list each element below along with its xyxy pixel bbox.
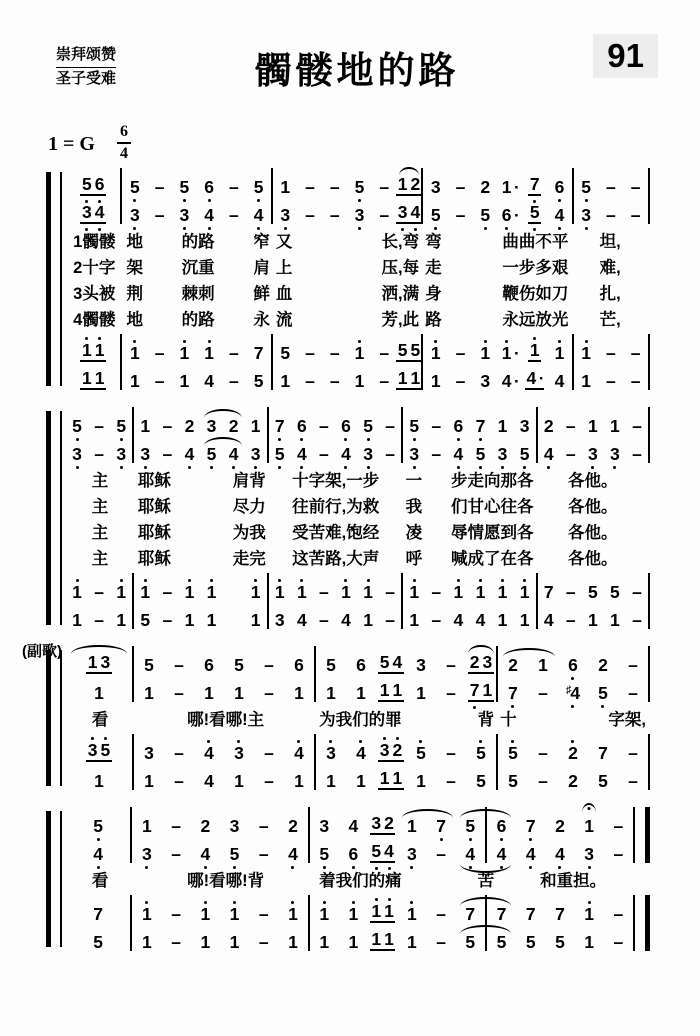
note-text: 7 [508,683,518,703]
measure: 1–11111–4411 [403,573,535,629]
beat-slot: 4· [498,373,523,391]
note-text: 5 [280,343,290,363]
note-group: 5 [507,745,520,763]
octave-dot-below [208,227,211,230]
note-group: – [629,207,642,225]
duration-dash: – [631,418,644,436]
note-group: – [318,584,331,602]
note: 1 [586,612,599,630]
duration-dash: – [378,373,391,391]
note-group: 6 [452,418,465,436]
beat-slot: 1 [406,773,436,791]
note: 1 [115,612,128,630]
lyric-text: 哪!看哪!主 [187,706,264,730]
duration-dash: – [631,446,644,464]
system-end-barline [648,573,650,629]
note-text: – [155,371,165,391]
note-text: 4 [393,652,403,672]
beat-slot: 1 [514,584,536,602]
note-group: 1 [347,934,360,952]
system-end-barline [648,734,650,790]
note-group: – [612,906,625,924]
note-text: 7 [476,416,486,436]
note: 1 [141,906,154,924]
note-group: 5 [475,773,488,791]
note: 5 [464,934,477,952]
note-text: 5 [520,444,530,464]
note-text: 3 [520,416,530,436]
beat-slot: 1 [224,773,254,791]
note-group: 7 [507,685,520,703]
beat-slot: 4 [194,745,224,763]
note-text: – [259,816,269,836]
note-text: – [385,444,395,464]
note: 3 [429,179,442,197]
duration-dash: – [257,846,270,864]
beat-slot: – [623,179,648,197]
note-text: 5 [319,844,329,864]
octave-dot-above [144,579,147,582]
bass-voice-row: 5551– [487,923,633,951]
note: 1 [355,773,368,791]
lyrics-measure: 和重担。 [498,867,648,891]
note-text: – [614,904,624,924]
beat-slot: 7 [516,818,545,836]
note: 3 [249,446,262,464]
note-group: – [384,418,397,436]
octave-dot-below [479,466,482,469]
note-text: 4 [555,205,565,225]
note-group: 2 [542,418,555,436]
note-group: 5 [353,179,366,197]
beat-slot: – [599,207,624,225]
measure: 7–55–4–11– [538,573,648,629]
note-group: 1 [583,906,596,924]
beat-slot: 56 [66,176,120,197]
note-group: 4 [347,818,360,836]
note: 1 [518,584,531,602]
note-group: – [161,418,174,436]
measure: 1–23213–4543 [134,407,266,463]
beat-slot: 5 [357,418,379,436]
beat-slot: – [147,345,172,363]
note: 1 [429,345,442,363]
note: 1 [128,373,141,391]
beat-slot: – [372,179,397,197]
octave-dot-below [76,438,79,441]
note-group: 4 [203,773,216,791]
note: 1 [287,906,300,924]
note-group: 5 [252,373,265,391]
note-text: 5 [116,416,126,436]
note-group: 1 [586,612,599,630]
note-group: 5 [609,584,622,602]
time-signature: 64 [117,124,131,162]
lyrics-measure: 哪!看哪!背 [136,867,315,891]
beat-slot: – [436,773,466,791]
lyric-text: 肩 [253,254,270,278]
note-text: 1 [207,582,217,602]
note-text: 1 [297,582,307,602]
beat-slot: 6 [194,657,224,675]
note-group: 1 [139,418,152,436]
beat-slot: 2 [558,773,588,791]
beat-slot: – [322,207,347,225]
duration-dash: – [537,773,550,791]
octave-dot-below [367,438,370,441]
note-group: 5 [362,418,375,436]
octave-dot-below [469,838,472,841]
note-group: – [627,773,640,791]
note-group: – [318,418,331,436]
note: 1 [452,584,465,602]
note: 5 [115,418,128,436]
note-group: 6 [340,418,353,436]
duration-dash: – [435,906,448,924]
note-group: 3 [273,612,286,630]
note-text: 1 [72,610,82,630]
sop-voice-row: 1–23–2 [132,807,307,835]
note-text: 1 [319,904,329,924]
beat-slot: 11 [376,770,406,791]
duration-dash: – [173,745,186,763]
octave-dot-below [97,866,100,869]
note: 4 [554,846,567,864]
duration-dash: – [170,906,183,924]
beat-slot: 7 [516,906,545,924]
note-group: 11 [370,903,395,924]
note: 1 [293,773,306,791]
note-group: 1 [233,773,246,791]
note-text: 6 [294,655,304,675]
beat-slot: – [88,418,110,436]
note-text: 3 [398,202,408,222]
measure: 1––5–123––3–34 [273,168,421,224]
beat-slot: 4 [456,846,485,864]
note-text: 1 [371,929,381,949]
beat-slot: 1· [498,345,523,363]
beat-slot: 7 [426,818,455,836]
lyrics-measure: 2十字 [66,254,123,278]
beat-slot: – [618,657,648,675]
beat-slot: 1 [423,345,448,363]
note-group: – [445,745,458,763]
octave-dot-above [278,579,281,582]
note-group: – [605,373,618,391]
note-text: 1 [95,368,105,388]
beat-slot: – [618,773,648,791]
note: 4 [474,612,487,630]
note-text: 2 [598,655,608,675]
note-group: 1 [355,685,368,703]
duration-dash: – [257,818,270,836]
note-group: 35 [86,742,111,763]
beat-slot: – [254,773,284,791]
duration-dash: – [564,418,577,436]
note-group: 6· [500,207,519,225]
duration-dash: – [454,207,467,225]
octave-dot-above [188,579,191,582]
note-text: 1 [530,340,540,360]
duration-dash: – [170,934,183,952]
note-text: – [631,371,641,391]
note-group: 3 [325,745,338,763]
beat-slot: 1 [178,612,200,630]
note: 3 [128,207,141,225]
octave-dot-above [352,901,355,904]
note-group: 4 [355,745,368,763]
lyrics-line: 主耶稣肩背十字架,一步一步走向那各各他。 [66,466,650,492]
beat-slot: – [164,745,194,763]
note-text: 3 [581,205,591,225]
beat-slot: – [436,745,466,763]
note-group: 1 [429,345,442,363]
note: 3 [362,446,375,464]
beat-slot: 6 [197,179,222,197]
note-text: – [305,343,315,363]
duration-dash: – [153,179,166,197]
note-group: 5 [464,818,477,836]
lyric-text: 4髑髅 [73,306,115,330]
note: 4 [542,446,555,464]
note-text: 3 [275,610,285,630]
beat-slot: – [372,207,397,225]
note-group: 1 [415,773,428,791]
beat-slot: 5 [310,846,339,864]
note-group: 1 [355,773,368,791]
final-barline [633,895,650,951]
note: 1 [143,685,156,703]
note-group: – [627,657,640,675]
lyric-text: 一 [406,467,423,491]
upper-staff: 541–23–23–45–4343217556543–46721–4443– [66,807,650,863]
beat-slot: 3 [310,818,339,836]
beat-slot: 1 [491,418,513,436]
note: 5 [507,745,520,763]
lyrics-measure: 难, [572,254,648,278]
note: 3 [481,654,494,672]
note-text: – [330,371,340,391]
beat-slot: 1 [491,584,513,602]
beat-slot: 5 [588,685,618,703]
beat-slot: 5 [514,446,536,464]
note: 5 [409,342,422,360]
note: 4 [495,846,508,864]
note: 5 [205,446,218,464]
note-text: – [606,205,616,225]
note-text: 1 [380,768,390,788]
duration-dash: – [605,345,618,363]
note-text: 5 [234,655,244,675]
note: 4 [340,446,353,464]
note-text: 4 [294,743,304,763]
note: 3 [141,846,154,864]
note-text: 1 [288,932,298,952]
beat-slot: 5 [122,179,147,197]
lower-staff: 1–11–11–1115–11111–11–34–41–1–11111–4411… [66,573,650,629]
note-text: 1 [476,582,486,602]
note-group: 4 [553,373,566,391]
measure: 1–11·111–34·4·4 [423,334,571,390]
octave-dot-above [413,579,416,582]
beat-slot: 5 [200,446,222,464]
note-text: – [606,343,616,363]
note: 4 [203,773,216,791]
note-group: 5 [475,745,488,763]
note-group: 1 [452,584,465,602]
beat-slot: 4 [278,846,307,864]
note-text: 1 [555,343,565,363]
note: 1 [318,934,331,952]
lyric-text: 永远放光 [502,306,568,330]
bass-voice-row: 1––1–11 [273,362,421,390]
note-text: 4 [229,444,239,464]
note-group: 11 [370,931,395,952]
note-group: 1 [199,934,212,952]
note-text: 3 [371,813,381,833]
lyrics-measure: 呼喊成了在各 [404,545,536,569]
beat-slot: 1 [291,584,313,602]
note-text: 5 [398,340,408,360]
bass-voice-row: 4–11– [538,601,648,629]
lyric-text: 着我们的痛 [319,867,402,891]
lyrics-line: 看哪!看哪!主为我们的罪背十字架, [66,705,650,731]
note: 3 [405,846,418,864]
note-text: 7 [526,816,536,836]
note-group: – [257,818,270,836]
note-text: – [385,416,395,436]
note-text: 1 [520,610,530,630]
lyric-text: 棘刺 [182,280,215,304]
beat-slot: 1 [245,612,267,630]
system-end-barline [648,168,650,224]
duration-dash: – [153,345,166,363]
note-text: – [229,177,239,197]
sop-voice-row: 6721– [487,807,633,835]
measure: 1–1115–111 [134,573,266,629]
duration-dash: – [454,179,467,197]
note-group: 5 [528,204,541,225]
note-text: 1 [407,904,417,924]
octave-dot-above [254,579,257,582]
note-group: 1 [228,906,241,924]
note-group: 1 [233,685,246,703]
lyrics-measure: 地的路窄 [125,228,272,252]
measure: 2162–7–♯45– [498,646,648,702]
note-text: – [431,416,441,436]
alto-voice-row: 3–34–4 [122,196,270,224]
beat-slot: 35 [66,742,132,763]
octave-dot-above [375,898,378,901]
sop-voice-row: 13 [66,646,132,674]
note-group: – [328,207,341,225]
note-group: 4 [495,846,508,864]
note-group: – [537,773,550,791]
note-text: – [264,743,274,763]
measure: 11111–711111–5 [310,895,485,951]
lyrics-measure: 4髑髅 [66,306,123,330]
note-group: – [435,846,448,864]
note-group: – [170,906,183,924]
lyrics-measure: 血洒,满 [274,280,421,304]
beat-slot: 2 [498,657,528,675]
note-text: – [171,844,181,864]
lyric-text: 各他。 [568,467,618,491]
note-text: 4 [454,444,464,464]
beat-slot: – [147,373,172,391]
note-group: – [631,418,644,436]
note-group: 3 [362,446,375,464]
octave-dot-below [183,227,186,230]
beat-slot: – [448,207,473,225]
note-text: – [94,416,104,436]
measure: 56543–2311111–71 [316,646,496,702]
beat-slot: 4 [447,612,469,630]
octave-dot-above [91,737,94,740]
note-text: 5 [130,177,140,197]
note-text: – [631,343,641,363]
beat-slot: – [322,345,347,363]
note-group: 5 [318,846,331,864]
measure: 3–21·765–56·54 [423,168,571,224]
note-text: 6 [356,655,366,675]
octave-dot-above [388,898,391,901]
sop-voice-row: 76–65– [269,407,401,435]
note-group: – [564,446,577,464]
beat-slot: 1 [134,685,164,703]
lyric-text: 辱情愿到各 [451,519,534,543]
note-text: 4 [297,610,307,630]
note-text: 1 [584,904,594,924]
lyrics-measure: 上压,每 [274,254,421,278]
note-text: 7 [530,174,540,194]
note-text: – [319,416,329,436]
beat-slot: – [156,446,178,464]
music-system: 56345–56–53–34–41––5–123––3–343–21·765–5… [46,168,650,390]
lyrics-measure: 这苦路,大声 [270,545,402,569]
note-group: 5 [474,446,487,464]
lyric-text: 洒,满 [382,280,420,304]
beat-slot: 4 [487,846,516,864]
note: 3 [408,446,421,464]
note-group: – [328,373,341,391]
beat-slot: 1 [397,934,426,952]
duration-dash: – [631,584,644,602]
note: 6 [93,176,106,194]
beat-slot: 1 [346,773,376,791]
duration-dash: – [629,345,642,363]
beat-slot: 1 [469,584,491,602]
alto-voice-row: 3––3–34 [273,196,421,224]
note-group: 1 [279,179,292,197]
note-text: 1 [610,610,620,630]
beat-slot: 4 [291,612,313,630]
note-group: 1 [318,906,331,924]
beat-slot: 1 [278,906,307,924]
note-text: – [385,582,395,602]
bass-voice-row: 1–– [574,362,648,390]
note-group: – [93,418,106,436]
beat-slot: 34 [66,204,120,225]
note-group: – [263,745,276,763]
note: 1 [415,685,428,703]
note: 6 [495,818,508,836]
beat-slot: 1 [134,773,164,791]
note-group: 1· [500,179,519,197]
note-group: 1 [199,906,212,924]
note-text: 1 [393,768,403,788]
note: 4 [183,446,196,464]
